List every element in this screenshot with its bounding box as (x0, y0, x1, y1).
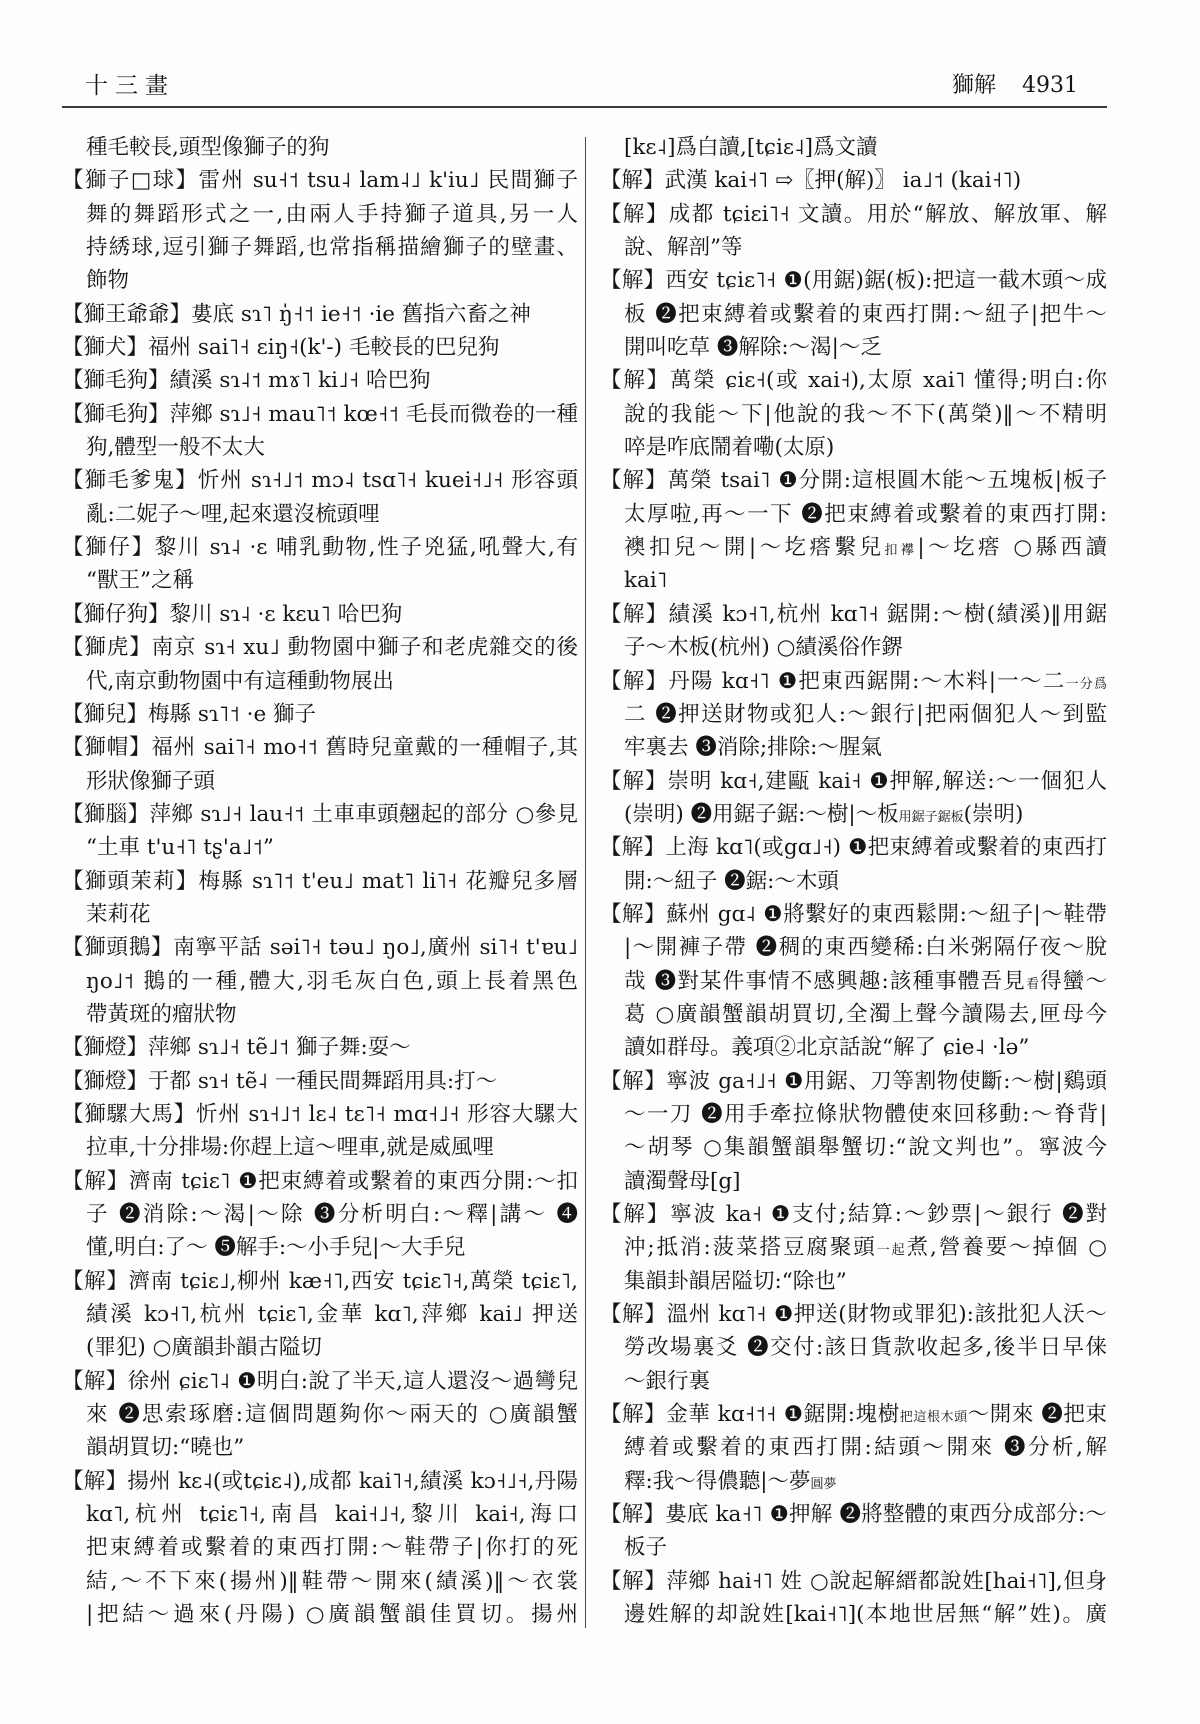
headword: 【獅騾大馬】 (62, 1102, 196, 1127)
headword: 【解】 (600, 1502, 665, 1527)
entry-line: “獸王”之稱 (62, 564, 578, 597)
headword: 【獅子□球】 (62, 168, 199, 193)
dictionary-entry: 【解】崇明 kɑ˧,建甌 kai˧ ❶押解,解送:～一個犯人 (崇明) ❷用鋸子… (600, 765, 1107, 832)
entry-line: 舞的舞蹈形式之一,由兩人手持獅子道具,另一人 (62, 198, 578, 231)
entry-text: 丹陽 kɑ˧˥ ❶把東西鋸開:～木料|一～二 (668, 669, 1065, 694)
entry-line: 【解】溫州 kɑ˥˧ ❶押送(財物或罪犯):該批犯人沃～ (600, 1298, 1107, 1331)
entry-line: 【解】萍鄉 hai˧˥ 姓 ○說起解縉都說姓[hai˧˥],但身 (600, 1565, 1107, 1598)
entry-text: 舞的舞蹈形式之一,由兩人手持獅子道具,另一人 (86, 202, 578, 227)
entry-text: 蘇州 gɑ˨ ❶將繫好的東西鬆開:～紐子|～鞋帶 (666, 902, 1107, 927)
entry-text: 說、解剖”等 (624, 235, 743, 260)
entry-text: 成都 tɕiɛi˥˧ 文讀。用於“解放、解放軍、解釋、解 (600, 202, 1107, 231)
entry-line: 【解】濟南 tɕiɛ˩,柳州 kæ˧˥,西安 tɕiɛ˥˧,萬榮 tɕiɛ˥, (62, 1265, 578, 1298)
headword: 【解】 (62, 1469, 127, 1494)
entry-line: 狗,體型一般不太大 (62, 431, 578, 464)
headword: 【獅王爺爺】 (62, 302, 191, 327)
dictionary-entry: 【獅頭鵝】南寧平話 səi˥˧ təu˩ ŋo˩,廣州 si˥˧ t'ɐu˩ ŋ… (62, 931, 578, 1031)
entry-line: 釋:我～得儂聽|～夢圓夢 (600, 1465, 1107, 1498)
entry-text: 黎川 sɿ˨ ·ɛ kɛu˥ 哈巴狗 (170, 602, 403, 627)
entry-line: 【獅燈】萍鄉 sɿ˩˧ tẽ˩˦ 獅子舞:耍～ (62, 1031, 578, 1064)
dictionary-entry-continued: 種毛較長,頭型像獅子的狗 (62, 131, 578, 164)
headword: 【獅毛狗】 (62, 402, 170, 427)
entry-line: (罪犯) ○廣韻卦韻古隘切 (62, 1331, 578, 1364)
dictionary-entry: 【獅兒】梅縣 sɿ˥˦ ·e 獅子 (62, 698, 578, 731)
dictionary-entry: 【解】寧波 ga˧˩˧ ❶用鋸、刀等割物使斷:～樹|鷄頭頸 ～一刀 ❷用手牽拉條… (600, 1065, 1107, 1198)
entry-line: 來 ❷思索琢磨:這個問題夠你～兩天的 ○廣韻蟹 (62, 1398, 578, 1431)
entry-line: 【獅腦】萍鄉 sɿ˩˧ lau˧˦ 土車車頭翹起的部分 ○參見 (62, 798, 578, 831)
entry-line: 開叫吃草 ❸解除:～渴|～乏 (600, 331, 1107, 364)
dictionary-entry: 【獅仔狗】黎川 sɿ˨ ·ɛ kɛu˥ 哈巴狗 (62, 598, 578, 631)
entry-text: 帶黃斑的瘤狀物 (86, 1002, 237, 1027)
entry-text: ŋo˩˦ 鵝的一種,體大,羽毛灰白色,頭上長着黑色 (86, 969, 578, 994)
entry-text: 開:～紐子 ❷鋸:～木頭 (624, 869, 839, 894)
entry-text: 二 ❷押送財物或犯人:～銀行|把兩個犯人～到監 (624, 702, 1107, 727)
headword: 【解】 (600, 1302, 667, 1327)
entry-line: [kɛ˨]爲白讀,[tɕiɛ˨]爲文讀 (600, 131, 1107, 164)
entry-text: 寧波 ga˧˩˧ ❶用鋸、刀等割物使斷:～樹|鷄頭頸 (600, 1069, 1107, 1098)
entry-text: 婁底 sɿ˥ ŋ̍˧˦ ie˧˦ ·ie 舊指六畜之神 (191, 302, 531, 327)
entry-text: |～開褲子帶 ❷稠的東西變稀:白米粥隔仔夜～脫 (624, 935, 1107, 960)
entry-line: 【解】揚州 kɛ˨(或tɕiɛ˨),成都 kai˥˧,績溪 kɔ˧˩˧,丹陽 (62, 1465, 578, 1498)
entry-line: 【獅犬】福州 sai˥˧ ɛiŋ˧(k'-) 毛較長的巴兒狗 (62, 331, 578, 364)
entry-line: 【獅王爺爺】婁底 sɿ˥ ŋ̍˧˦ ie˧˦ ·ie 舊指六畜之神 (62, 298, 578, 331)
dictionary-entry: 【解】寧波 ka˧ ❶支付;結算:～鈔票|～銀行 ❷對 沖;抵消:菠菜搭豆腐聚頭… (600, 1198, 1107, 1298)
entry-line: 飾物 (62, 264, 578, 297)
headword: 【解】 (600, 1402, 666, 1427)
entry-text: 襖扣兒～開|～圪瘩繫兒 (624, 535, 884, 560)
headword: 【獅燈】 (62, 1069, 148, 1094)
entry-text: 把束縛着或繫着的東西打開:～鞋帶子|你打的死 (86, 1535, 578, 1560)
entry-line: 子～木板(杭州) ○績溪俗作鎅 (600, 631, 1107, 664)
entry-text: 于都 sɿ˧ tẽ˨ 一種民間舞蹈用具:打～ (148, 1069, 497, 1094)
page-number: 4931 (1022, 70, 1078, 102)
entry-text: “獸王”之稱 (86, 568, 194, 593)
entry-line: 說、解剖”等 (600, 231, 1107, 264)
entry-text: 黎川 sɿ˨ ·ɛ 哺乳動物,性子兇猛,吼聲大,有 (155, 535, 578, 560)
dictionary-entry: 【解】武漢 kai˧˥ ⇨〖押(解)〗 ia˩˦ (kai˧˥) (600, 164, 1107, 197)
dictionary-entry: 【獅虎】南京 sɿ˧ xu˩ 動物園中獅子和老虎雜交的後 代,南京動物園中有這種… (62, 631, 578, 698)
entry-line: 把束縛着或繫着的東西打開:～鞋帶子|你打的死 (62, 1531, 578, 1564)
dictionary-entry: 【獅燈】萍鄉 sɿ˩˧ tẽ˩˦ 獅子舞:耍～ (62, 1031, 578, 1064)
entry-text: 縛着或繫着的東西打開:結頭～開來 ❸分析,解 (624, 1435, 1107, 1460)
headword: 【獅兒】 (62, 702, 148, 727)
entry-text: ～一刀 ❷用手牽拉條狀物體使來回移動:～脊背| (624, 1102, 1107, 1127)
dictionary-entry: 【獅仔】黎川 sɿ˨ ·ɛ 哺乳動物,性子兇猛,吼聲大,有 “獸王”之稱 (62, 531, 578, 598)
dictionary-entry: 【解】濟南 tɕiɛ˩,柳州 kæ˧˥,西安 tɕiɛ˥˧,萬榮 tɕiɛ˥, … (62, 1265, 578, 1365)
entry-line: 【解】績溪 kɔ˧˥,杭州 kɑ˥˧ 鋸開:～樹(績溪)‖用鋸 (600, 598, 1107, 631)
entry-line: 說的我能～下|他說的我～不下(萬榮)‖～不精明 (600, 398, 1107, 431)
entry-line: 帶黃斑的瘤狀物 (62, 998, 578, 1031)
entry-line: 【解】寧波 ga˧˩˧ ❶用鋸、刀等割物使斷:～樹|鷄頭頸 (600, 1065, 1107, 1098)
entry-line: 【獅頭鵝】南寧平話 səi˥˧ təu˩ ŋo˩,廣州 si˥˧ t'ɐu˩ (62, 931, 578, 964)
dictionary-entry: 【獅腦】萍鄉 sɿ˩˧ lau˧˦ 土車車頭翹起的部分 ○參見 “土車 t'u˧… (62, 798, 578, 865)
entry-line: 葛 ○廣韻蟹韻胡買切,全濁上聲今讀陽去,匣母今 (600, 998, 1107, 1031)
entry-text: ～胡琴 ○集韻蟹韻舉蟹切:“說文判也”。寧波今 (624, 1135, 1107, 1160)
entry-text: 萍鄉 sɿ˩˧ mau˥˦ kœ˧˦ 毛長而微卷的一種 (170, 402, 578, 427)
entry-text: 太厚啦,再～一下 ❷把束縛着或繫着的東西打開: (624, 502, 1107, 527)
entry-text: 南寧平話 səi˥˧ təu˩ ŋo˩,廣州 si˥˧ t'ɐu˩ (173, 935, 578, 960)
headword: 【獅犬】 (62, 335, 148, 360)
dictionary-entry: 【解】溫州 kɑ˥˧ ❶押送(財物或罪犯):該批犯人沃～ 勞改場裏爻 ❷交付:該… (600, 1298, 1107, 1398)
entry-text: 板子 (624, 1535, 667, 1560)
entry-text: 板 ❷把束縛着或繫着的東西打開:～紐子|把牛～ (624, 302, 1107, 327)
entry-text: 邊姓解的却說姓[kai˧˥](本地世居無“解”姓)。廣 (624, 1602, 1107, 1627)
headword: 【獅頭茉莉】 (62, 869, 198, 894)
entry-line: ～銀行裏 (600, 1365, 1107, 1398)
entry-line: 【解】丹陽 kɑ˧˥ ❶把東西鋸開:～木料|一～二一分爲 (600, 665, 1107, 698)
entry-text: 說的我能～下|他說的我～不下(萬榮)‖～不精明 (624, 402, 1107, 427)
entry-line: kɑ˥,杭州 tɕiɛ˥˧,南昌 kai˧˩˧,黎川 kai˧,海口 kɔi˧˩… (62, 1498, 578, 1531)
entry-line: 哉 ❸對某件事情不感興趣:該種事體吾見看得蠻～ (600, 965, 1107, 998)
dictionary-page: 十三畫 獅解 4931 種毛較長,頭型像獅子的狗 【獅子□球】雷州 su˧˦ t… (0, 0, 1200, 1724)
running-header-right: 獅解 4931 (952, 70, 1078, 102)
entry-text: |～圪瘩 ○縣西讀 (917, 535, 1107, 560)
headword: 【獅燈】 (62, 1035, 148, 1060)
headword: 【獅毛狗】 (62, 368, 170, 393)
entry-line: 開:～紐子 ❷鋸:～木頭 (600, 865, 1107, 898)
left-column: 種毛較長,頭型像獅子的狗 【獅子□球】雷州 su˧˦ tsu˨ lam˨˩ k'… (62, 131, 578, 1631)
running-header-section: 十三畫 (85, 70, 175, 102)
dictionary-entry: 【解】萬榮 ɕiɛ˧(或 xai˧),太原 xai˥ 懂得;明白:你 說的我能～… (600, 364, 1107, 464)
entry-line: 【解】金華 kɑ˧˦˧ ❶鋸開:塊樹把這根木頭～開來 ❷把束 (600, 1398, 1107, 1431)
entry-text: 金華 kɑ˧˦˧ ❶鋸開:塊樹 (666, 1402, 900, 1427)
headword: 【解】 (600, 268, 666, 293)
dictionary-entry: 【解】婁底 ka˧˥ ❶押解 ❷將整體的東西分成部分:～ 板子 (600, 1498, 1107, 1565)
entry-text: (崇明) ❷用鋸子鋸:～樹|～板 (624, 802, 899, 827)
entry-line: 【解】崇明 kɑ˧,建甌 kai˧ ❶押解,解送:～一個犯人 (600, 765, 1107, 798)
entry-text: 形狀像獅子頭 (86, 769, 215, 794)
entry-text: 茉莉花 (86, 902, 151, 927)
dictionary-entry: 【獅騾大馬】忻州 sɿ˧˩˦ lɛ˨ tɛ˥˧ mɑ˧˩˧ 形容大騾大馬 拉車,… (62, 1098, 578, 1165)
entry-text: 徐州 ɕiɛ˥˨ ❶明白:說了半天,這人還沒～過彎兒 (128, 1369, 578, 1394)
entry-line: 勞改場裏爻 ❷交付:該日貨款收起多,後半日早俫 (600, 1331, 1107, 1364)
entry-text: 績溪 sɿ˨˦ mɤ˥ ki˩˧ 哈巴狗 (170, 368, 431, 393)
dictionary-entry: 【獅毛狗】萍鄉 sɿ˩˧ mau˥˦ kœ˧˦ 毛長而微卷的一種 狗,體型一般不… (62, 398, 578, 465)
entry-line: 縛着或繫着的東西打開:結頭～開來 ❸分析,解 (600, 1431, 1107, 1464)
entry-text: kɑ˥,杭州 tɕiɛ˥˧,南昌 kai˧˩˧,黎川 kai˧,海口 kɔi˧˩… (86, 1502, 578, 1531)
dictionary-entry: 【解】績溪 kɔ˧˥,杭州 kɑ˥˧ 鋸開:～樹(績溪)‖用鋸 子～木板(杭州)… (600, 598, 1107, 665)
entry-line: kai˥ (600, 564, 1107, 597)
entry-text: 福州 sai˥˧ mo˧˦ 舊時兒童戴的一種帽子,其 (151, 735, 578, 760)
entry-line: |把結～過來(丹陽) ○廣韻蟹韻佳買切。揚州 (62, 1598, 578, 1631)
entry-line: 二 ❷押送財物或犯人:～銀行|把兩個犯人～到監 (600, 698, 1107, 731)
headword: 【解】 (600, 168, 665, 193)
entry-text: 結,～不下來(揚州)‖鞋帶～開來(績溪)‖～衣裳 (86, 1569, 578, 1594)
entry-line: 結,～不下來(揚州)‖鞋帶～開來(績溪)‖～衣裳 (62, 1565, 578, 1598)
entry-line: 讀如群母。義項②北京話說“解了 ɕie˨ ·lə” (600, 1031, 1107, 1064)
entry-text: 牢裏去 ❸消除;排除:～腥氣 (624, 735, 882, 760)
gloss-small: 一分爲 (1066, 677, 1107, 692)
dictionary-entry: 【解】濟南 tɕiɛ˥ ❶把束縛着或繫着的東西分開:～扣 子 ❷消除:～渴|～除… (62, 1165, 578, 1265)
entry-line: 【獅仔】黎川 sɿ˨ ·ɛ 哺乳動物,性子兇猛,吼聲大,有 (62, 531, 578, 564)
dictionary-entry: 【獅犬】福州 sai˥˧ ɛiŋ˧(k'-) 毛較長的巴兒狗 (62, 331, 578, 364)
headword: 【獅毛爹鬼】 (62, 468, 198, 493)
dictionary-entry: 【解】上海 kɑ˥(或gɑ˩˧) ❶把束縛着或繫着的東西打 開:～紐子 ❷鋸:～… (600, 831, 1107, 898)
entry-line: 【解】上海 kɑ˥(或gɑ˩˧) ❶把束縛着或繫着的東西打 (600, 831, 1107, 864)
entry-line: ～一刀 ❷用手牽拉條狀物體使來回移動:～脊背| (600, 1098, 1107, 1131)
headword: 【解】 (600, 835, 665, 860)
headword: 【解】 (600, 468, 668, 493)
headword: 【獅頭鵝】 (62, 935, 173, 960)
entry-text: |把結～過來(丹陽) ○廣韻蟹韻佳買切。揚州 (86, 1602, 578, 1627)
dictionary-entry: 【解】丹陽 kɑ˧˥ ❶把東西鋸開:～木料|一～二一分爲 二 ❷押送財物或犯人:… (600, 665, 1107, 765)
entry-text: 梅縣 sɿ˥˦ ·e 獅子 (148, 702, 316, 727)
entry-line: 茉莉花 (62, 898, 578, 931)
entry-text: 上海 kɑ˥(或gɑ˩˧) ❶把束縛着或繫着的東西打 (665, 835, 1107, 860)
entry-text: 煮,營養要～掉個 ○ (907, 1235, 1107, 1260)
headword: 【解】 (62, 1369, 128, 1394)
running-header-headwords: 獅解 (952, 70, 996, 102)
headword: 【解】 (600, 602, 669, 627)
entry-text: 萍鄉 sɿ˩˧ lau˧˦ 土車車頭翹起的部分 ○參見 (149, 802, 578, 827)
dictionary-entry: 【獅帽】福州 sai˥˧ mo˧˦ 舊時兒童戴的一種帽子,其 形狀像獅子頭 (62, 731, 578, 798)
dictionary-entry: 【解】成都 tɕiɛi˥˧ 文讀。用於“解放、解放軍、解釋、解 說、解剖”等 (600, 198, 1107, 265)
dictionary-entry: 【獅王爺爺】婁底 sɿ˥ ŋ̍˧˦ ie˧˦ ·ie 舊指六畜之神 (62, 298, 578, 331)
entry-line: “土車 t'u˧˥ tʂ'a˩˦” (62, 831, 578, 864)
entry-text: 萍鄉 hai˧˥ 姓 ○說起解縉都說姓[hai˧˥],但身 (666, 1569, 1107, 1594)
header-rule (62, 106, 1107, 108)
entry-text: 崇明 kɑ˧,建甌 kai˧ ❶押解,解送:～一個犯人 (667, 769, 1107, 794)
entry-text: 寧波 ka˧ ❶支付;結算:～鈔票|～銀行 ❷對 (670, 1202, 1107, 1227)
gloss-small: 圓夢 (811, 1477, 837, 1492)
entry-line: 太厚啦,再～一下 ❷把束縛着或繫着的東西打開: (600, 498, 1107, 531)
headword: 【解】 (600, 1069, 666, 1094)
entry-text: 亂:二妮子～哩,起來還沒梳頭哩 (86, 502, 380, 527)
entry-line: 【解】婁底 ka˧˥ ❶押解 ❷將整體的東西分成部分:～ (600, 1498, 1107, 1531)
dictionary-entry: 【解】萬榮 tsai˥ ❶分開:這根圓木能～五塊板|板子 太厚啦,再～一下 ❷把… (600, 464, 1107, 597)
entry-text: 萬榮 tsai˥ ❶分開:這根圓木能～五塊板|板子 (668, 468, 1107, 493)
entry-line: 拉車,十分排場:你趕上這～哩車,就是威風哩 (62, 1131, 578, 1164)
dictionary-entry: 【獅燈】于都 sɿ˧ tẽ˨ 一種民間舞蹈用具:打～ (62, 1065, 578, 1098)
dictionary-entry: 【解】揚州 kɛ˨(或tɕiɛ˨),成都 kai˥˧,績溪 kɔ˧˩˧,丹陽 k… (62, 1465, 578, 1632)
entry-line: 【獅毛狗】萍鄉 sɿ˩˧ mau˥˦ kœ˧˦ 毛長而微卷的一種 (62, 398, 578, 431)
entry-text: 濟南 tɕiɛ˩,柳州 kæ˧˥,西安 tɕiɛ˥˧,萬榮 tɕiɛ˥, (128, 1269, 578, 1294)
entry-line: 啐是咋底鬧着嘞(太原) (600, 431, 1107, 464)
entry-line: 代,南京動物園中有這種動物展出 (62, 665, 578, 698)
entry-line: 【解】武漢 kai˧˥ ⇨〖押(解)〗 ia˩˦ (kai˧˥) (600, 164, 1107, 197)
entry-text: 開叫吃草 ❸解除:～渴|～乏 (624, 335, 882, 360)
entry-line: 【獅虎】南京 sɿ˧ xu˩ 動物園中獅子和老虎雜交的後 (62, 631, 578, 664)
entry-text: 南京 sɿ˧ xu˩ 動物園中獅子和老虎雜交的後 (152, 635, 578, 660)
entry-text: 啐是咋底鬧着嘞(太原) (624, 435, 834, 460)
entry-text: 績溪 kɔ˧˥,杭州 kɑ˥˧ 鋸開:～樹(績溪)‖用鋸 (669, 602, 1107, 627)
dictionary-entry-continued: [kɛ˨]爲白讀,[tɕiɛ˨]爲文讀 (600, 131, 1107, 164)
entry-text: 沖;抵消:菠菜搭豆腐聚頭 (624, 1235, 877, 1260)
entry-line: 板 ❷把束縛着或繫着的東西打開:～紐子|把牛～ (600, 298, 1107, 331)
entry-line: 集韻卦韻居隘切:“除也” (600, 1265, 1107, 1298)
gloss-small: 用鋸子鋸板 (899, 810, 964, 825)
dictionary-entry: 【解】徐州 ɕiɛ˥˨ ❶明白:說了半天,這人還沒～過彎兒 來 ❷思索琢磨:這個… (62, 1365, 578, 1465)
entry-text: 溫州 kɑ˥˧ ❶押送(財物或罪犯):該批犯人沃～ (667, 1302, 1107, 1327)
entry-text: 讀如群母。義項②北京話說“解了 ɕie˨ ·lə” (624, 1035, 1029, 1060)
entry-text: 婁底 ka˧˥ ❶押解 ❷將整體的東西分成部分:～ (665, 1502, 1107, 1527)
dictionary-entry: 【解】西安 tɕiɛ˥˧ ❶(用鋸)鋸(板):把這一截木頭～成 板 ❷把束縛着或… (600, 264, 1107, 364)
headword: 【解】 (62, 1269, 128, 1294)
entry-line: 板子 (600, 1531, 1107, 1564)
entry-text: 葛 ○廣韻蟹韻胡買切,全濁上聲今讀陽去,匣母今 (624, 1002, 1107, 1027)
entry-line: 【獅毛爹鬼】忻州 sɿ˧˩˦ mɔ˨ tsɑ˥˧ kuei˧˩˧ 形容頭髮蓬 (62, 464, 578, 497)
entry-text: 濟南 tɕiɛ˥ ❶把束縛着或繫着的東西分開:～扣 (129, 1169, 578, 1194)
entry-text: ～開來 ❷把束 (968, 1402, 1107, 1427)
entry-line: (崇明) ❷用鋸子鋸:～樹|～板用鋸子鋸板(崇明) (600, 798, 1107, 831)
entry-line: 【解】成都 tɕiɛi˥˧ 文讀。用於“解放、解放軍、解釋、解 (600, 198, 1107, 231)
entry-text: 韻胡買切:“曉也” (86, 1435, 244, 1460)
dictionary-entry: 【解】蘇州 gɑ˨ ❶將繫好的東西鬆開:～紐子|～鞋帶 |～開褲子帶 ❷稠的東西… (600, 898, 1107, 1065)
entry-line: ŋo˩˦ 鵝的一種,體大,羽毛灰白色,頭上長着黑色 (62, 965, 578, 998)
dictionary-entry: 【解】金華 kɑ˧˦˧ ❶鋸開:塊樹把這根木頭～開來 ❷把束 縛着或繫着的東西打… (600, 1398, 1107, 1498)
entry-text: 來 ❷思索琢磨:這個問題夠你～兩天的 ○廣韻蟹 (86, 1402, 578, 1427)
right-column: [kɛ˨]爲白讀,[tɕiɛ˨]爲文讀 【解】武漢 kai˧˥ ⇨〖押(解)〗 … (600, 131, 1107, 1631)
entry-text: 雷州 su˧˦ tsu˨ lam˨˩ k'iu˩ 民間獅子 (199, 168, 578, 193)
entry-line: 種毛較長,頭型像獅子的狗 (62, 131, 578, 164)
headword: 【解】 (600, 669, 668, 694)
entry-text: 西安 tɕiɛ˥˧ ❶(用鋸)鋸(板):把這一截木頭～成 (666, 268, 1107, 293)
entry-line: 績溪 kɔ˧˥,杭州 tɕiɛ˥,金華 kɑ˥,萍鄉 kai˩ 押送 (62, 1298, 578, 1331)
gloss-small: 把這根木頭 (900, 1410, 968, 1425)
entry-line: |～開褲子帶 ❷稠的東西變稀:白米粥隔仔夜～脫 (600, 931, 1107, 964)
dictionary-entry: 【獅子□球】雷州 su˧˦ tsu˨ lam˨˩ k'iu˩ 民間獅子 舞的舞蹈… (62, 164, 578, 297)
entry-text: 持綉球,逗引獅子舞蹈,也常指稱描繪獅子的壁畫、 (86, 235, 578, 260)
entry-line: 【獅毛狗】績溪 sɿ˨˦ mɤ˥ ki˩˧ 哈巴狗 (62, 364, 578, 397)
entry-line: 【獅騾大馬】忻州 sɿ˧˩˦ lɛ˨ tɛ˥˧ mɑ˧˩˧ 形容大騾大馬 (62, 1098, 578, 1131)
headword: 【解】 (600, 368, 670, 393)
entry-line: 【獅子□球】雷州 su˧˦ tsu˨ lam˨˩ k'iu˩ 民間獅子 (62, 164, 578, 197)
headword: 【解】 (600, 769, 667, 794)
entry-line: 【獅頭茉莉】梅縣 sɿ˥˦ t'eu˩ mat˥ li˥˧ 花瓣兒多層的 (62, 865, 578, 898)
gloss-small: 看 (1026, 977, 1040, 992)
entry-text: 武漢 kai˧˥ ⇨〖押(解)〗 ia˩˦ (kai˧˥) (665, 168, 1022, 193)
entry-line: 牢裏去 ❸消除;排除:～腥氣 (600, 731, 1107, 764)
column-divider (585, 137, 586, 1628)
entry-line: 【獅燈】于都 sɿ˧ tẽ˨ 一種民間舞蹈用具:打～ (62, 1065, 578, 1098)
entry-line: ～胡琴 ○集韻蟹韻舉蟹切:“說文判也”。寧波今 (600, 1131, 1107, 1164)
entry-line: 【解】西安 tɕiɛ˥˧ ❶(用鋸)鋸(板):把這一截木頭～成 (600, 264, 1107, 297)
entry-line: 襖扣兒～開|～圪瘩繫兒扣襻|～圪瘩 ○縣西讀 (600, 531, 1107, 564)
entry-line: 【解】濟南 tɕiɛ˥ ❶把束縛着或繫着的東西分開:～扣 (62, 1165, 578, 1198)
headword: 【解】 (600, 902, 666, 927)
entry-line: 子 ❷消除:～渴|～除 ❸分析明白:～釋|講～ ❹ (62, 1198, 578, 1231)
entry-text: [kɛ˨]爲白讀,[tɕiɛ˨]爲文讀 (624, 135, 877, 160)
entry-line: 邊姓解的却說姓[kai˧˥](本地世居無“解”姓)。廣 (600, 1598, 1107, 1631)
entry-line: 【解】萬榮 tsai˥ ❶分開:這根圓木能～五塊板|板子 (600, 464, 1107, 497)
entry-line: 亂:二妮子～哩,起來還沒梳頭哩 (62, 498, 578, 531)
headword: 【解】 (600, 1202, 670, 1227)
entry-text: 懂,明白:了～ ❺解手:～小手兒|～大手兒 (86, 1235, 465, 1260)
entry-text: 狗,體型一般不太大 (86, 435, 265, 460)
dictionary-entry: 【獅毛爹鬼】忻州 sɿ˧˩˦ mɔ˨ tsɑ˥˧ kuei˧˩˧ 形容頭髮蓬 亂… (62, 464, 578, 531)
dictionary-entry: 【解】萍鄉 hai˧˥ 姓 ○說起解縉都說姓[hai˧˥],但身 邊姓解的却說姓… (600, 1565, 1107, 1632)
headword: 【解】 (600, 202, 669, 227)
entry-line: 韻胡買切:“曉也” (62, 1431, 578, 1464)
entry-text: 萍鄉 sɿ˩˧ tẽ˩˦ 獅子舞:耍～ (148, 1035, 411, 1060)
entry-line: 【獅兒】梅縣 sɿ˥˦ ·e 獅子 (62, 698, 578, 731)
dictionary-entry: 【獅頭茉莉】梅縣 sɿ˥˦ t'eu˩ mat˥ li˥˧ 花瓣兒多層的 茉莉花 (62, 865, 578, 932)
entry-text: 勞改場裏爻 ❷交付:該日貨款收起多,後半日早俫 (624, 1335, 1107, 1360)
entry-text: 飾物 (86, 268, 129, 293)
entry-text: 得蠻～ (1040, 969, 1107, 994)
headword: 【獅仔狗】 (62, 602, 170, 627)
entry-text: ～銀行裏 (624, 1369, 710, 1394)
entry-text: “土車 t'u˧˥ tʂ'a˩˦” (86, 835, 274, 860)
entry-text: kai˥ (624, 568, 667, 593)
entry-line: 【解】蘇州 gɑ˨ ❶將繫好的東西鬆開:～紐子|～鞋帶 (600, 898, 1107, 931)
entry-line: 持綉球,逗引獅子舞蹈,也常指稱描繪獅子的壁畫、 (62, 231, 578, 264)
dictionary-entry: 【獅毛狗】績溪 sɿ˨˦ mɤ˥ ki˩˧ 哈巴狗 (62, 364, 578, 397)
entry-text: (崇明) (964, 802, 1024, 827)
entry-text: 揚州 kɛ˨(或tɕiɛ˨),成都 kai˥˧,績溪 kɔ˧˩˧,丹陽 (127, 1469, 578, 1494)
entry-line: 懂,明白:了～ ❺解手:～小手兒|～大手兒 (62, 1231, 578, 1264)
entry-text: 種毛較長,頭型像獅子的狗 (86, 135, 329, 160)
entry-line: 讀濁聲母[g] (600, 1165, 1107, 1198)
headword: 【獅帽】 (62, 735, 151, 760)
gloss-small: 扣襻 (884, 543, 917, 558)
entry-text: 集韻卦韻居隘切:“除也” (624, 1269, 847, 1294)
entry-text: 哉 ❸對某件事情不感興趣:該種事體吾見 (624, 969, 1026, 994)
gloss-small: 一起 (877, 1243, 907, 1258)
entry-line: 形狀像獅子頭 (62, 765, 578, 798)
headword: 【獅仔】 (62, 535, 155, 560)
entry-line: 【獅帽】福州 sai˥˧ mo˧˦ 舊時兒童戴的一種帽子,其 (62, 731, 578, 764)
entry-line: 【解】寧波 ka˧ ❶支付;結算:～鈔票|～銀行 ❷對 (600, 1198, 1107, 1231)
headword: 【解】 (62, 1169, 129, 1194)
headword: 【解】 (600, 1569, 666, 1594)
entry-text: 子 ❷消除:～渴|～除 ❸分析明白:～釋|講～ ❹ (86, 1202, 578, 1227)
headword: 【獅虎】 (62, 635, 152, 660)
headword: 【獅腦】 (62, 802, 149, 827)
entry-line: 【獅仔狗】黎川 sɿ˨ ·ɛ kɛu˥ 哈巴狗 (62, 598, 578, 631)
entry-text: 萬榮 ɕiɛ˧(或 xai˧),太原 xai˥ 懂得;明白:你 (670, 368, 1107, 393)
entry-text: (罪犯) ○廣韻卦韻古隘切 (86, 1335, 322, 1360)
entry-line: 【解】徐州 ɕiɛ˥˨ ❶明白:說了半天,這人還沒～過彎兒 (62, 1365, 578, 1398)
entry-line: 沖;抵消:菠菜搭豆腐聚頭一起煮,營養要～掉個 ○ (600, 1231, 1107, 1264)
entry-text: 代,南京動物園中有這種動物展出 (86, 669, 394, 694)
entry-text: 福州 sai˥˧ ɛiŋ˧(k'-) 毛較長的巴兒狗 (148, 335, 499, 360)
entry-text: 拉車,十分排場:你趕上這～哩車,就是威風哩 (86, 1135, 494, 1160)
entry-line: 【解】萬榮 ɕiɛ˧(或 xai˧),太原 xai˥ 懂得;明白:你 (600, 364, 1107, 397)
entry-text: 讀濁聲母[g] (624, 1169, 741, 1194)
entry-text: 績溪 kɔ˧˥,杭州 tɕiɛ˥,金華 kɑ˥,萍鄉 kai˩ 押送 (86, 1302, 578, 1327)
entry-text: 釋:我～得儂聽|～夢 (624, 1469, 811, 1494)
entry-text: 子～木板(杭州) ○績溪俗作鎅 (624, 635, 903, 660)
